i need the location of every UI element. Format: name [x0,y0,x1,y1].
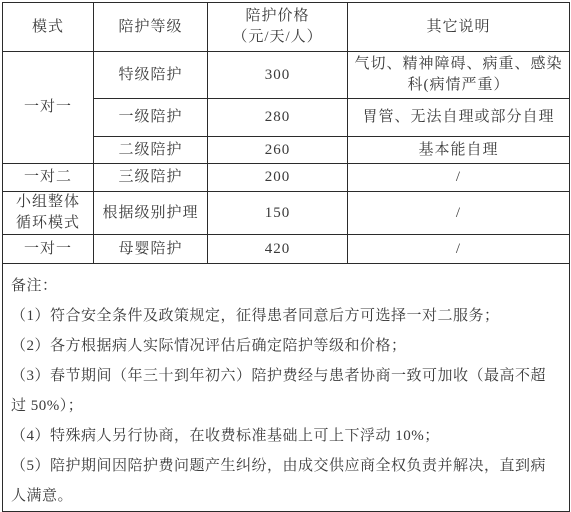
header-mode: 模式 [3,3,94,52]
note-item-5: （5）陪护期间因陪护费问题产生纠纷，由成交供应商全权负责并解决，直到病人满意。 [11,451,561,511]
cell-mode: 小组整体 循环模式 [3,192,94,235]
cell-level: 三级陪护 [94,164,208,192]
notes-section: 备注： （1）符合安全条件及政策规定，征得患者同意后方可选择一对二服务； （2）… [3,264,570,512]
cell-note: 气切、精神障碍、病重、感染科(病情严重） [348,52,570,99]
cell-note: / [348,164,570,192]
table-header-row: 模式 陪护等级 陪护价格 （元/天/人） 其它说明 [3,3,570,52]
table-row: 一对一 母婴陪护 420 / [3,235,570,264]
cell-note: 胃管、无法自理或部分自理 [348,99,570,137]
cell-mode: 一对一 [3,235,94,264]
note-item-2: （2）各方根据病人实际情况评估后确定陪护等级和价格； [11,331,561,361]
cell-mode: 一对二 [3,164,94,192]
table-row: 一对一 特级陪护 300 气切、精神障碍、病重、感染科(病情严重） [3,52,570,99]
care-pricing-table: 模式 陪护等级 陪护价格 （元/天/人） 其它说明 一对一 特级陪护 300 气… [2,2,570,512]
header-level: 陪护等级 [94,3,208,52]
cell-level: 根据级别护理 [94,192,208,235]
cell-price: 420 [208,235,348,264]
cell-level: 一级陪护 [94,99,208,137]
cell-mode: 一对一 [3,52,94,164]
cell-note: / [348,235,570,264]
note-item-3: （3）春节期间（年三十到年初六）陪护费经与患者协商一致可加收（最高不超过 50%… [11,361,561,421]
cell-price: 200 [208,164,348,192]
cell-price: 300 [208,52,348,99]
note-item-1: （1）符合安全条件及政策规定，征得患者同意后方可选择一对二服务； [11,301,561,331]
cell-price: 280 [208,99,348,137]
table-row: 小组整体 循环模式 根据级别护理 150 / [3,192,570,235]
cell-note: 基本能自理 [348,137,570,164]
notes-title: 备注： [11,271,561,301]
note-item-4: （4）特殊病人另行协商，在收费标准基础上可上下浮动 10%； [11,421,561,451]
cell-price: 260 [208,137,348,164]
table-row: 一对二 三级陪护 200 / [3,164,570,192]
cell-level: 二级陪护 [94,137,208,164]
notes-row: 备注： （1）符合安全条件及政策规定，征得患者同意后方可选择一对二服务； （2）… [3,264,570,512]
cell-level: 特级陪护 [94,52,208,99]
care-pricing-page: 模式 陪护等级 陪护价格 （元/天/人） 其它说明 一对一 特级陪护 300 气… [0,0,571,495]
header-other: 其它说明 [348,3,570,52]
cell-note: / [348,192,570,235]
cell-price: 150 [208,192,348,235]
header-price: 陪护价格 （元/天/人） [208,3,348,52]
cell-level: 母婴陪护 [94,235,208,264]
